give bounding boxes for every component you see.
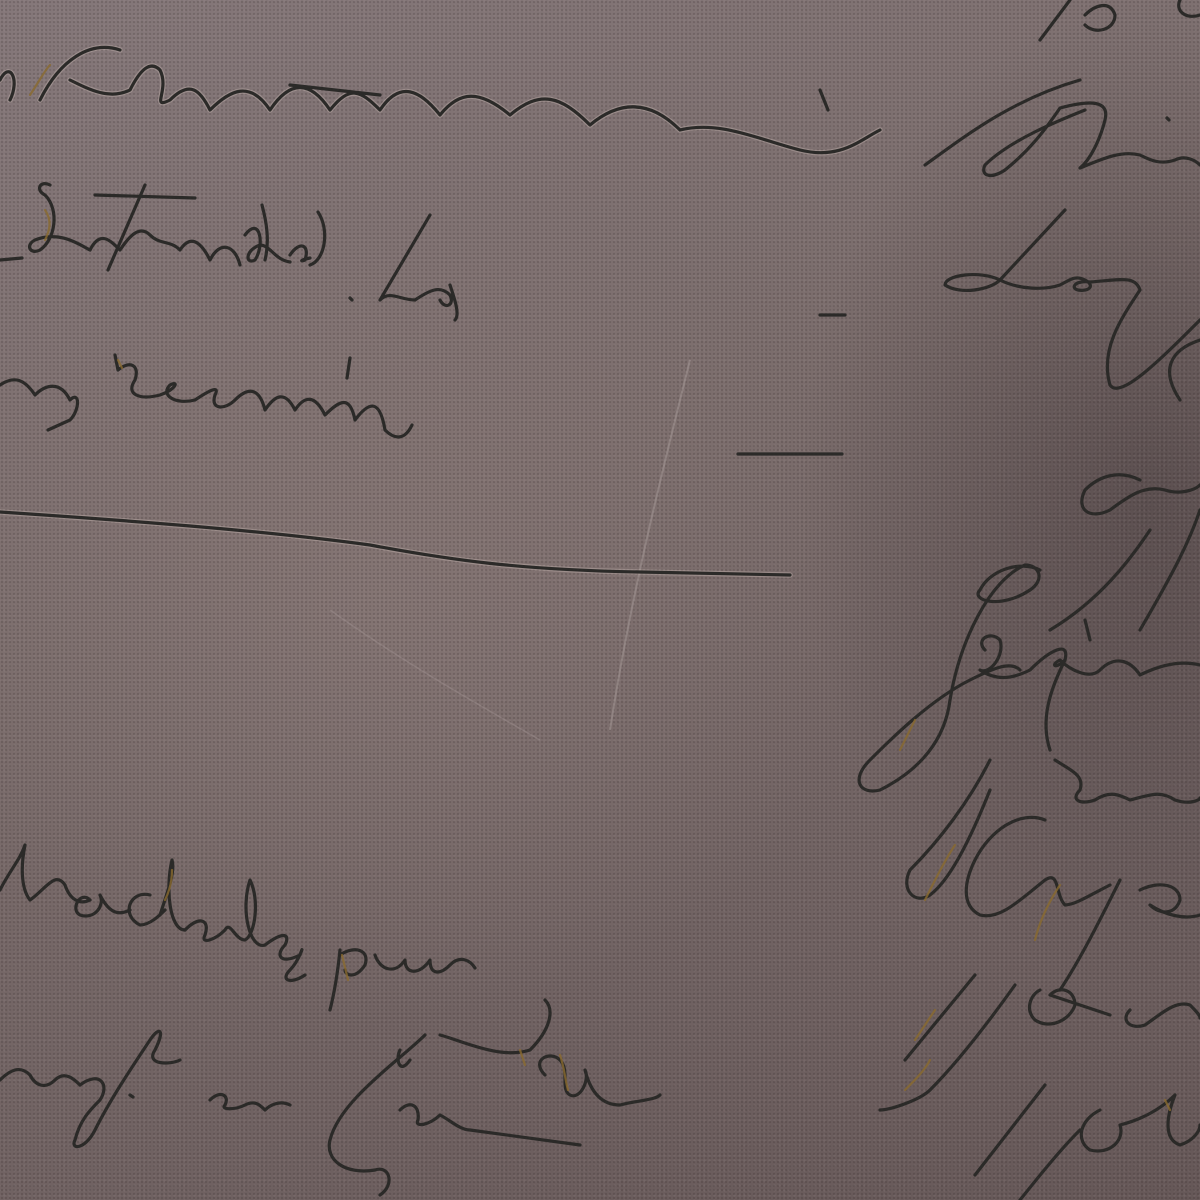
script-line-3 <box>0 355 842 454</box>
script-line-3-text: ...ups reservés <box>0 380 7 381</box>
horizontal-rule-text: [long horizontal rule] <box>0 540 11 541</box>
right-fragment-po: po... <box>1040 10 1042 11</box>
script-line-4 <box>0 845 475 1010</box>
script-line-1-text: s Aboutissement trouvé <box>0 60 12 61</box>
script-line-2 <box>0 184 845 320</box>
right-fragment-re: re... <box>1060 780 1062 781</box>
right-fragment-nyp: Nyp... <box>910 860 913 861</box>
right-fragment-ro: 1/2 ro... <box>900 1000 904 1001</box>
script-line-5 <box>0 1000 660 1195</box>
right-fragment-polu: Polu... <box>980 1130 983 1131</box>
script-right-column <box>859 0 1200 1200</box>
right-fragment-bi: Bi... <box>990 130 992 131</box>
horizontal-rule <box>0 512 790 575</box>
script-line-5-text: ...rugl. et Coulle <box>0 1080 8 1081</box>
script-line-1 <box>0 47 880 152</box>
right-fragment-op: op... <box>1080 490 1082 491</box>
script-line-4-text: ...traclanlés pour <box>0 880 9 881</box>
script-line-2-text: _ Intérieur des d. bords - <box>0 200 13 201</box>
engraved-leather-photo: s Aboutissement trouvé _ Intérieur des d… <box>0 0 1200 1200</box>
handwritten-script <box>0 0 1200 1200</box>
right-fragment-leger: Légèr... <box>880 650 884 651</box>
right-fragment-lo: Lo... <box>950 270 952 271</box>
